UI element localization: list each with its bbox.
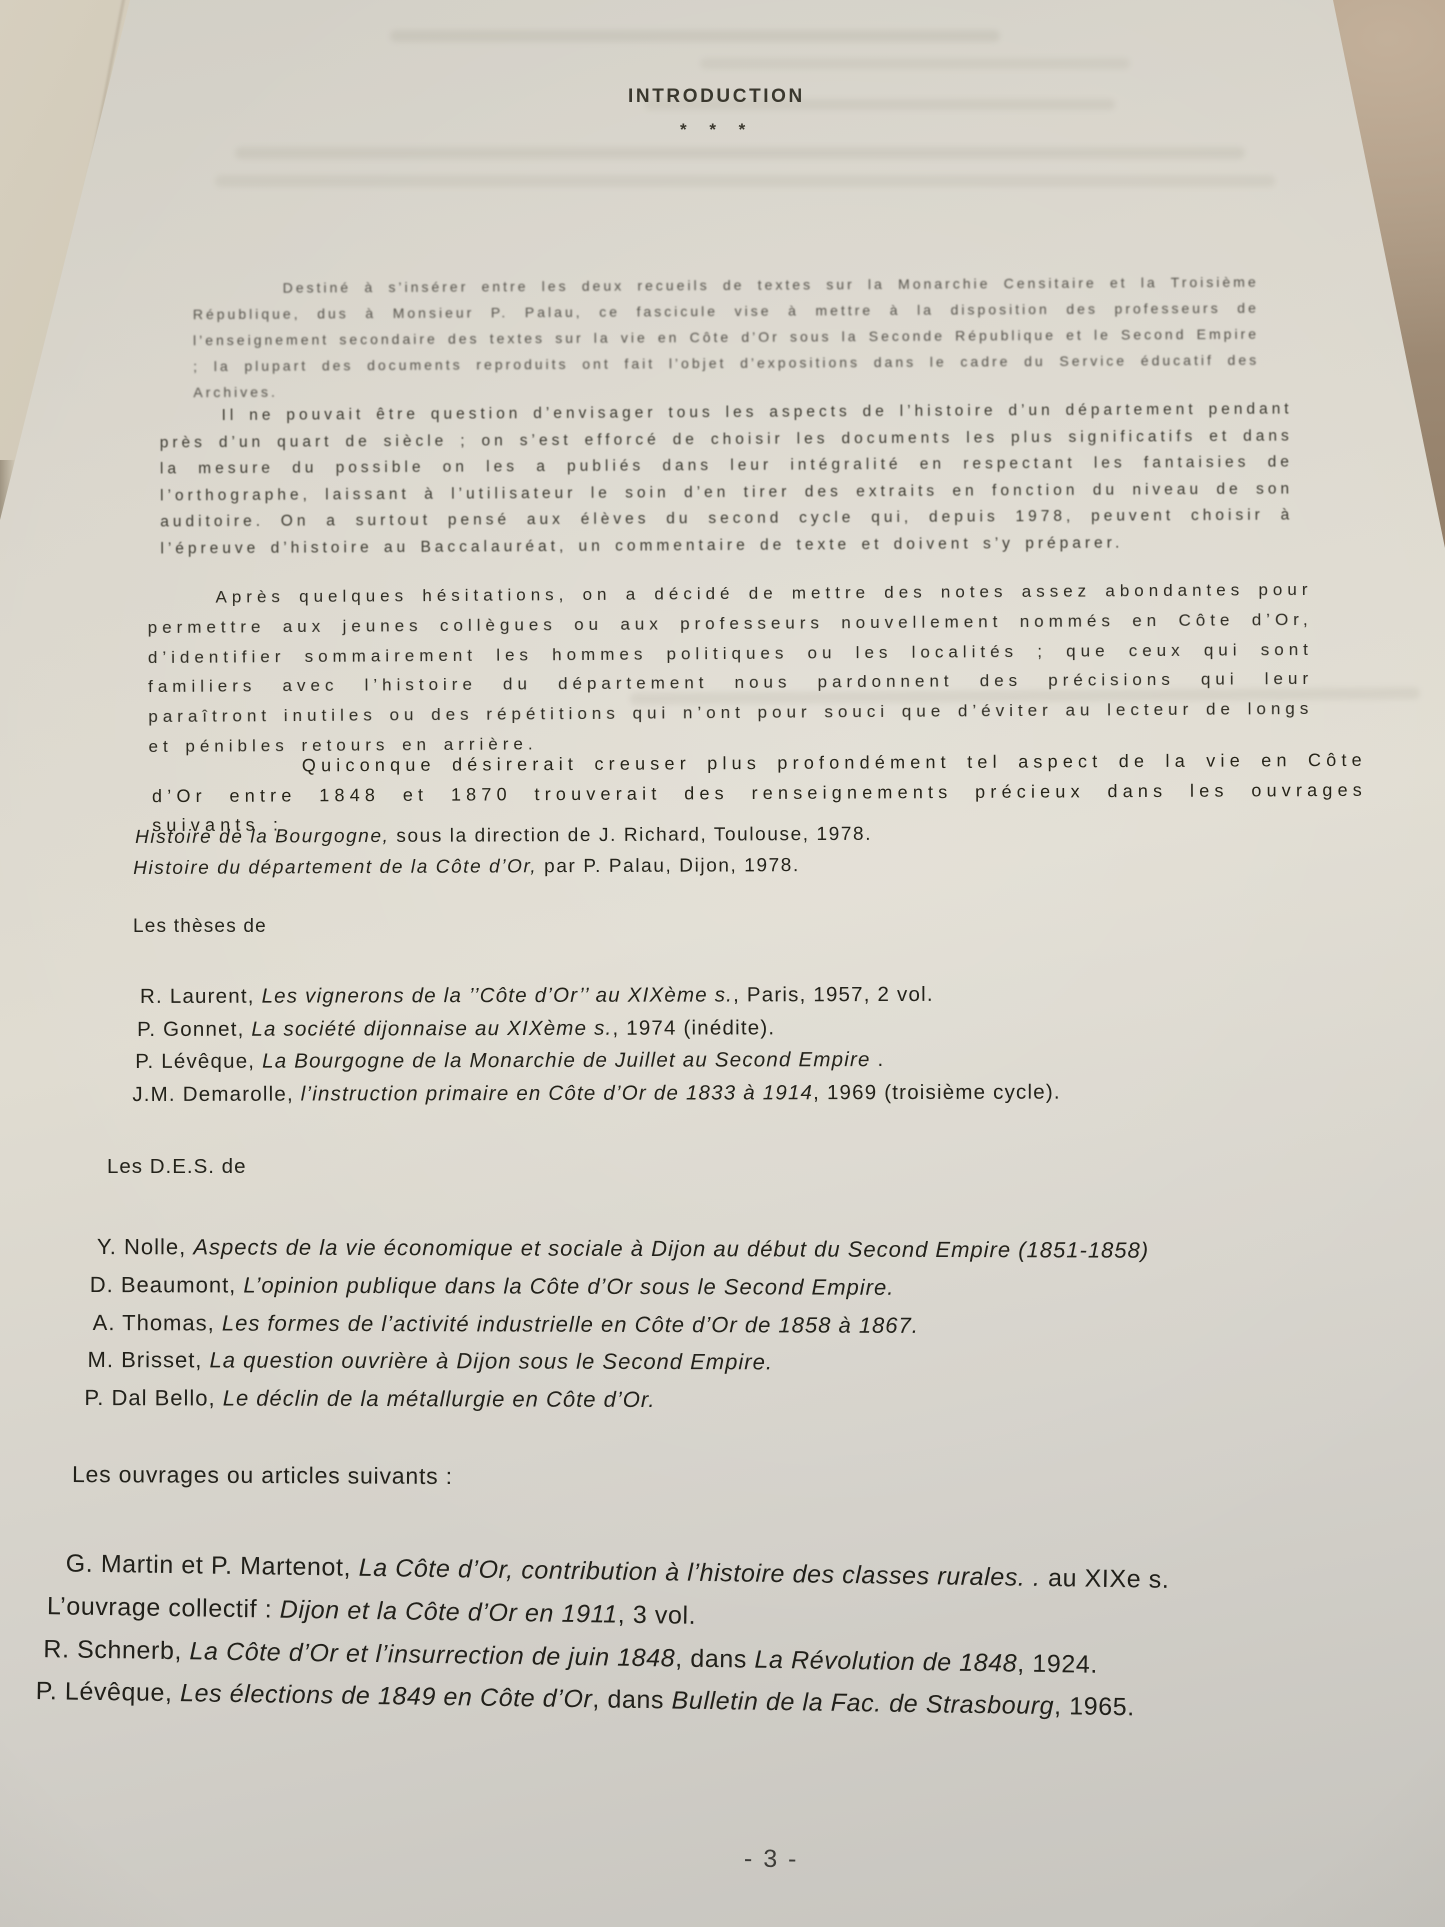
photo-vignette xyxy=(0,0,1445,1927)
